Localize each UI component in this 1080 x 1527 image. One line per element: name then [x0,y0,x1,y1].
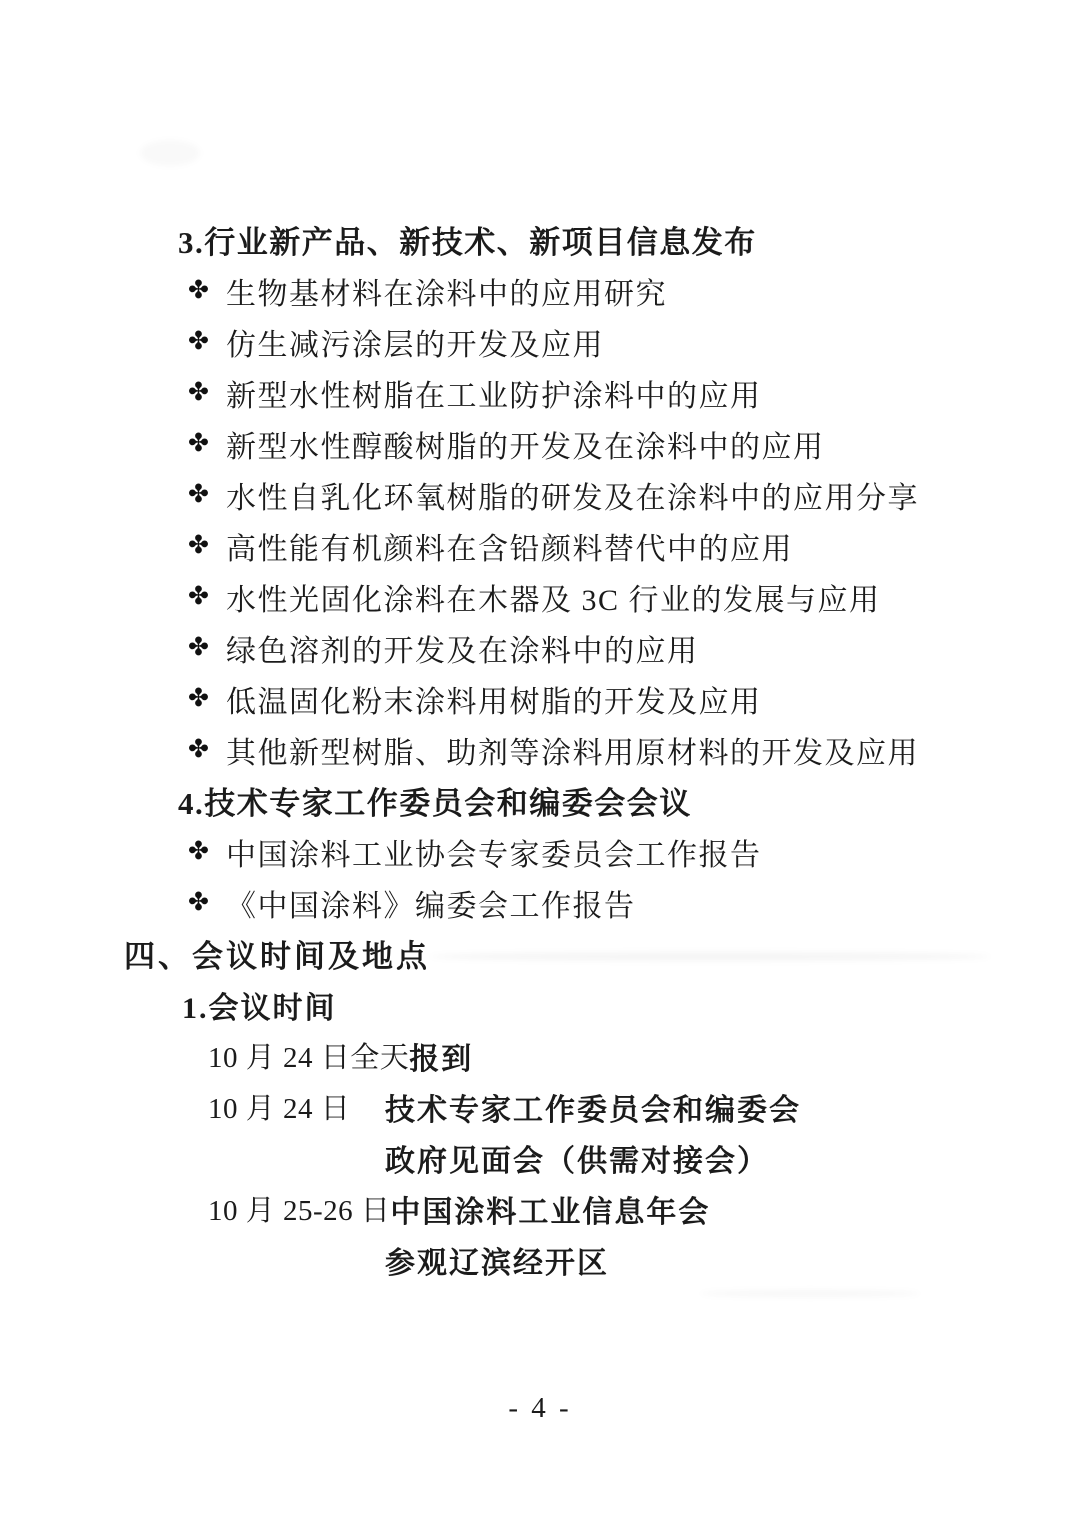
list-item: ✤ 《中国涂料》编委会工作报告 [188,877,1080,928]
list-item-text: 仿生减污涂层的开发及应用 [226,320,604,364]
schedule-row: 10 月 24 日 技术专家工作委员会和编委会 [208,1081,1080,1132]
list-item: ✤ 水性光固化涂料在木器及 3C 行业的发展与应用 [188,571,1080,622]
list-item-text: 新型水性树脂在工业防护涂料中的应用 [226,371,762,415]
schedule-date: 10 月 25-26 日 [208,1188,390,1229]
list-item-text: 绿色溶剂的开发及在涂料中的应用 [226,626,699,670]
document-body: 3.行业新产品、新技术、新项目信息发布 ✤ 生物基材料在涂料中的应用研究 ✤ 仿… [0,214,1080,1285]
clover-bullet-icon: ✤ [188,431,226,456]
list-item-text: 生物基材料在涂料中的应用研究 [226,269,667,313]
scan-smudge [140,140,200,166]
list-item: ✤ 生物基材料在涂料中的应用研究 [188,265,1080,316]
schedule-row: 10 月 25-26 日 中国涂料工业信息年会 [208,1183,1080,1234]
list-item: ✤ 水性自乳化环氧树脂的研发及在涂料中的应用分享 [188,469,1080,520]
list-item-text: 新型水性醇酸树脂的开发及在涂料中的应用 [226,422,825,466]
list-item-text: 《中国涂料》编委会工作报告 [226,881,636,925]
document-page: 3.行业新产品、新技术、新项目信息发布 ✤ 生物基材料在涂料中的应用研究 ✤ 仿… [0,0,1080,1527]
clover-bullet-icon: ✤ [188,686,226,711]
clover-bullet-icon: ✤ [188,278,226,303]
clover-bullet-icon: ✤ [188,533,226,558]
list-item: ✤ 新型水性醇酸树脂的开发及在涂料中的应用 [188,418,1080,469]
scan-smudge [700,1290,920,1297]
clover-bullet-icon: ✤ [188,329,226,354]
list-item-text: 水性自乳化环氧树脂的研发及在涂料中的应用分享 [226,473,919,517]
clover-bullet-icon: ✤ [188,635,226,660]
clover-bullet-icon: ✤ [188,482,226,507]
list-item: ✤ 低温固化粉末涂料用树脂的开发及应用 [188,673,1080,724]
schedule-row: 参观辽滨经开区 [208,1234,1080,1285]
schedule-event: 技术专家工作委员会和编委会 [385,1085,801,1129]
schedule-date: 10 月 24 日 [208,1086,385,1127]
list-item: ✤ 高性能有机颜料在含铅颜料替代中的应用 [188,520,1080,571]
list-item: ✤ 其他新型树脂、助剂等涂料用原材料的开发及应用 [188,724,1080,775]
section-heading-3: 3.行业新产品、新技术、新项目信息发布 [178,214,1080,265]
page-number: - 4 - [0,1392,1080,1432]
schedule-row: 10 月 24 日全天 报到 [208,1030,1080,1081]
schedule-event: 参观辽滨经开区 [385,1238,609,1282]
schedule-event: 政府见面会（供需对接会） [385,1136,769,1180]
clover-bullet-icon: ✤ [188,890,226,915]
clover-bullet-icon: ✤ [188,737,226,762]
clover-bullet-icon: ✤ [188,839,226,864]
list-item: ✤ 中国涂料工业协会专家委员会工作报告 [188,826,1080,877]
list-item-text: 低温固化粉末涂料用树脂的开发及应用 [226,677,762,721]
clover-bullet-icon: ✤ [188,584,226,609]
section-heading-4: 4.技术专家工作委员会和编委会会议 [178,775,1080,826]
schedule-date: 10 月 24 日全天 [208,1035,409,1076]
section-heading-four: 四、会议时间及地点 [124,928,1080,979]
schedule-row: 政府见面会（供需对接会） [208,1132,1080,1183]
list-item: ✤ 绿色溶剂的开发及在涂料中的应用 [188,622,1080,673]
list-item-text: 水性光固化涂料在木器及 3C 行业的发展与应用 [226,575,881,619]
list-item-text: 中国涂料工业协会专家委员会工作报告 [226,830,762,874]
list-item: ✤ 仿生减污涂层的开发及应用 [188,316,1080,367]
clover-bullet-icon: ✤ [188,380,226,405]
schedule-event: 报到 [409,1034,473,1078]
list-item: ✤ 新型水性树脂在工业防护涂料中的应用 [188,367,1080,418]
schedule-event: 中国涂料工业信息年会 [390,1187,710,1231]
list-item-text: 其他新型树脂、助剂等涂料用原材料的开发及应用 [226,728,919,772]
subsection-heading-meeting-time: 1.会议时间 [182,979,1080,1030]
list-item-text: 高性能有机颜料在含铅颜料替代中的应用 [226,524,793,568]
